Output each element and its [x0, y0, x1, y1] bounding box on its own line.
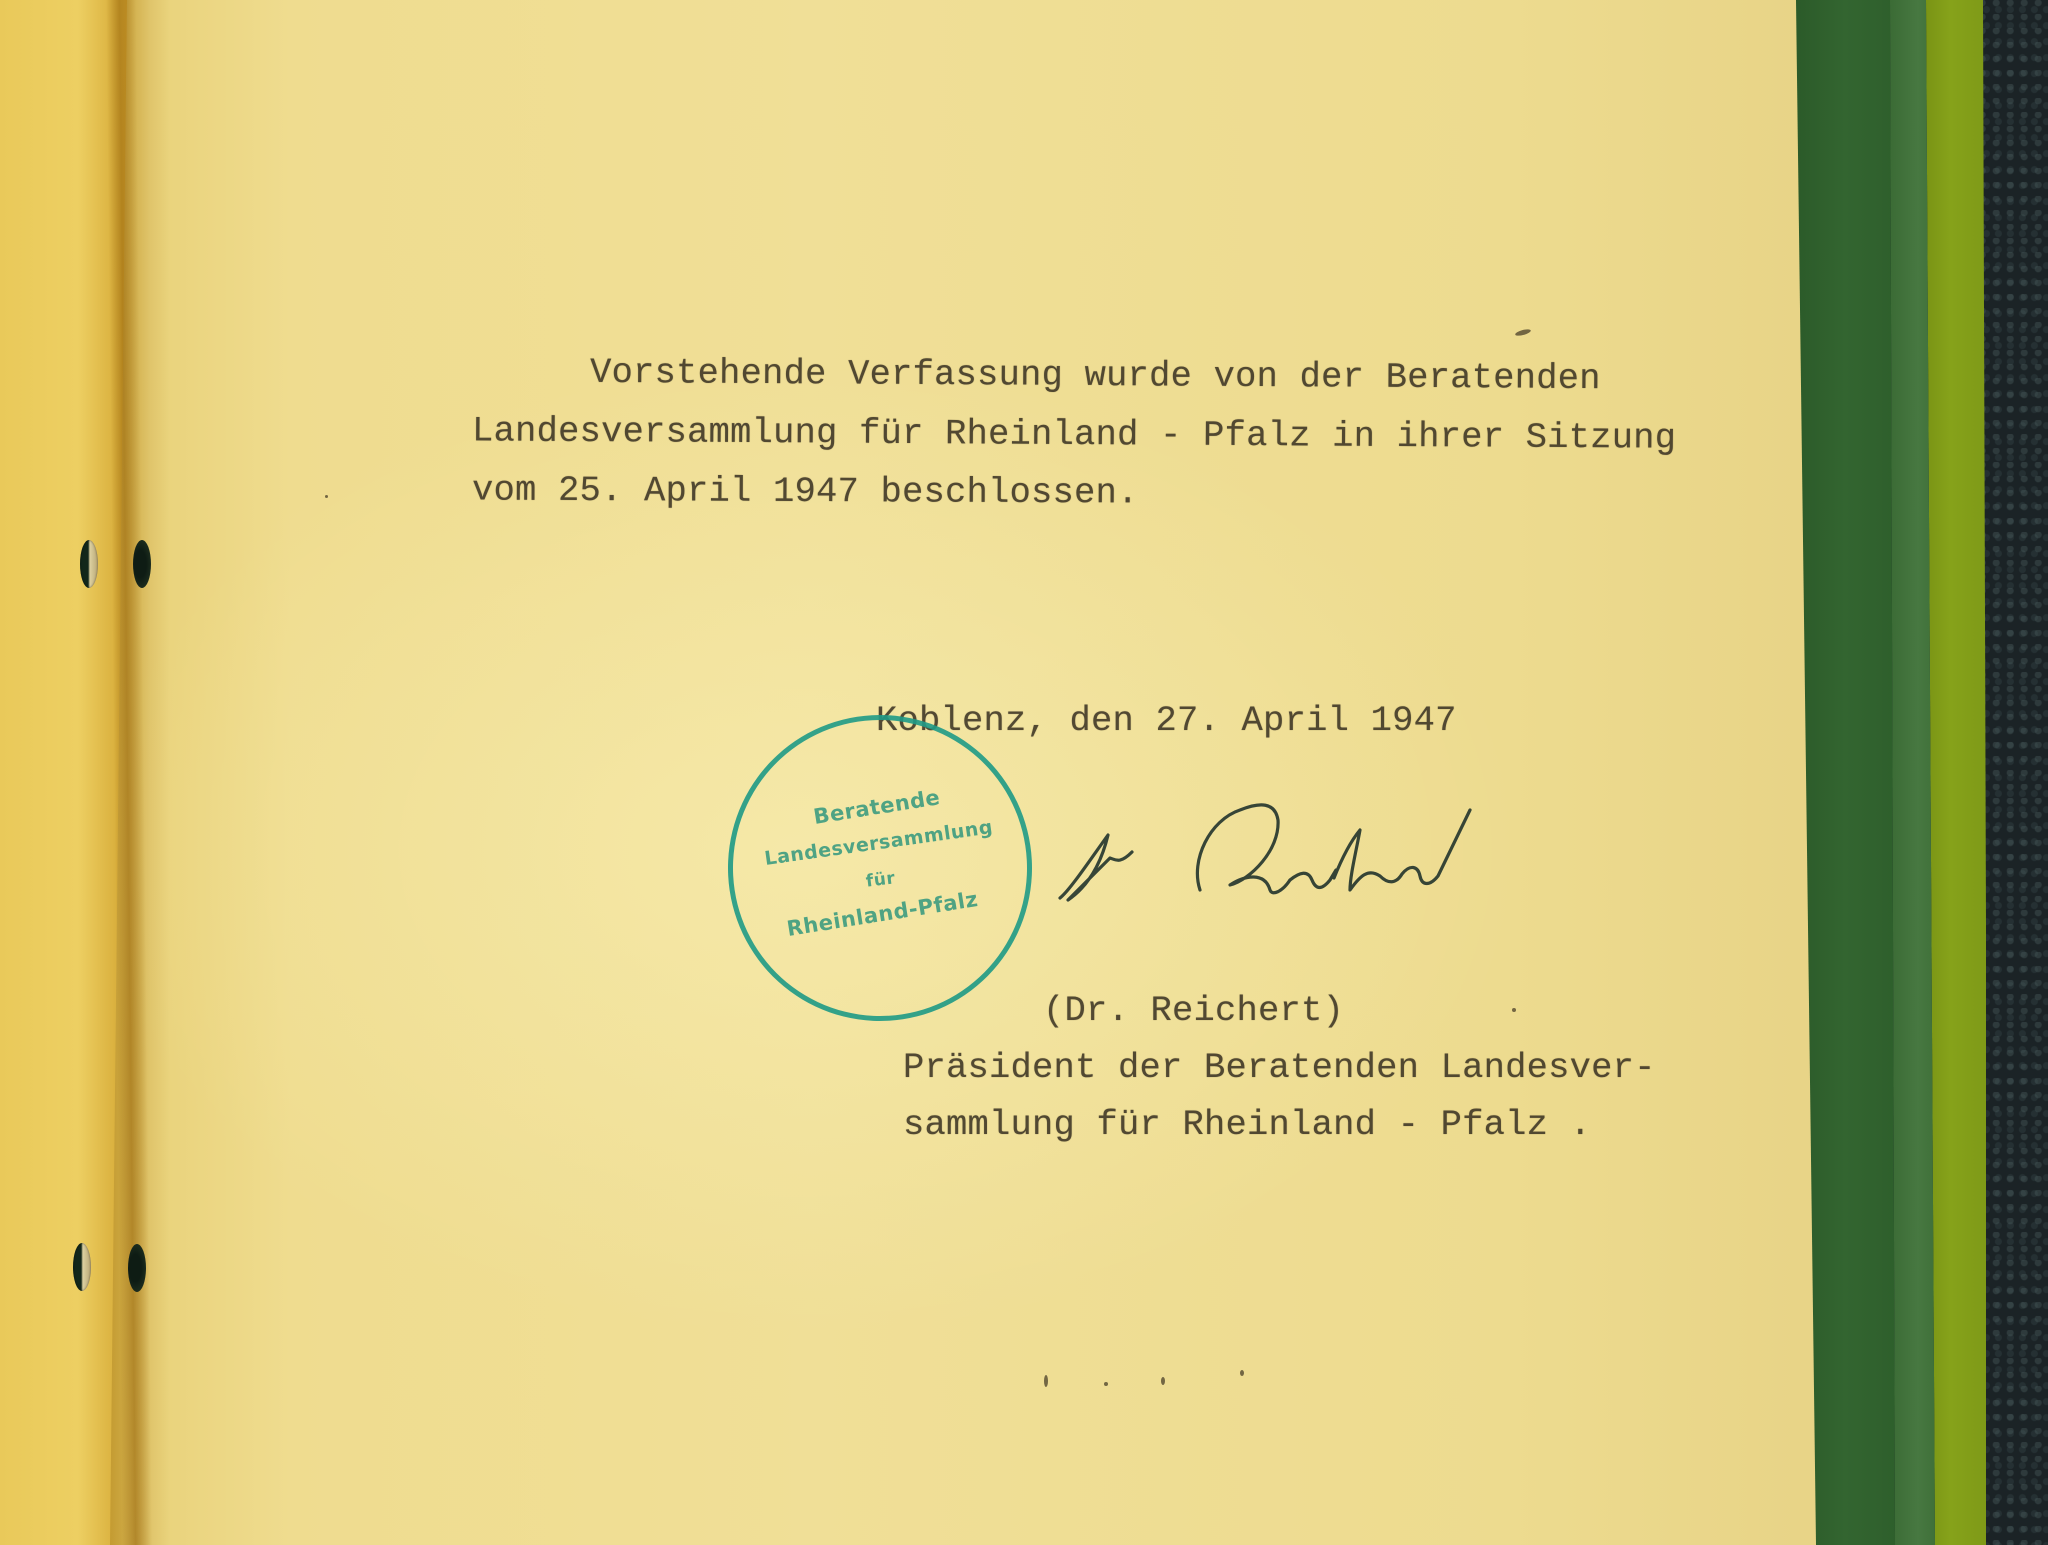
paragraph-line-1: Vorstehende Verfassung wurde von der Ber… — [590, 352, 1601, 399]
dark-cloth-background — [1978, 0, 2048, 1545]
binding-hole-icon — [73, 1243, 91, 1291]
signatory-title-line-2: sammlung für Rheinland - Pfalz . — [903, 1104, 1591, 1145]
handwritten-signature — [1050, 780, 1490, 930]
signatory-name: (Dr. Reichert) — [1043, 990, 1344, 1031]
scanned-document-scene: Vorstehende Verfassung wurde von der Ber… — [0, 0, 2048, 1545]
binding-hole-icon — [128, 1244, 146, 1292]
binding-hole-icon — [133, 540, 151, 588]
ink-speck — [1161, 1377, 1165, 1385]
paragraph-line-2: Landesversammlung für Rheinland - Pfalz … — [472, 410, 1676, 458]
ink-speck — [1044, 1375, 1048, 1387]
ink-speck — [1104, 1382, 1108, 1386]
paragraph-line-3: vom 25. April 1947 beschlossen. — [472, 470, 1139, 514]
ink-speck — [1240, 1370, 1244, 1376]
signatory-title-line-1: Präsident der Beratenden Landesver- — [903, 1047, 1656, 1088]
ink-speck — [325, 495, 328, 498]
cover-edge-lime — [1926, 0, 1986, 1545]
ink-speck — [1512, 1008, 1516, 1012]
binding-hole-icon — [80, 540, 98, 588]
place-date-line: Koblenz, den 27. April 1947 — [876, 700, 1457, 741]
